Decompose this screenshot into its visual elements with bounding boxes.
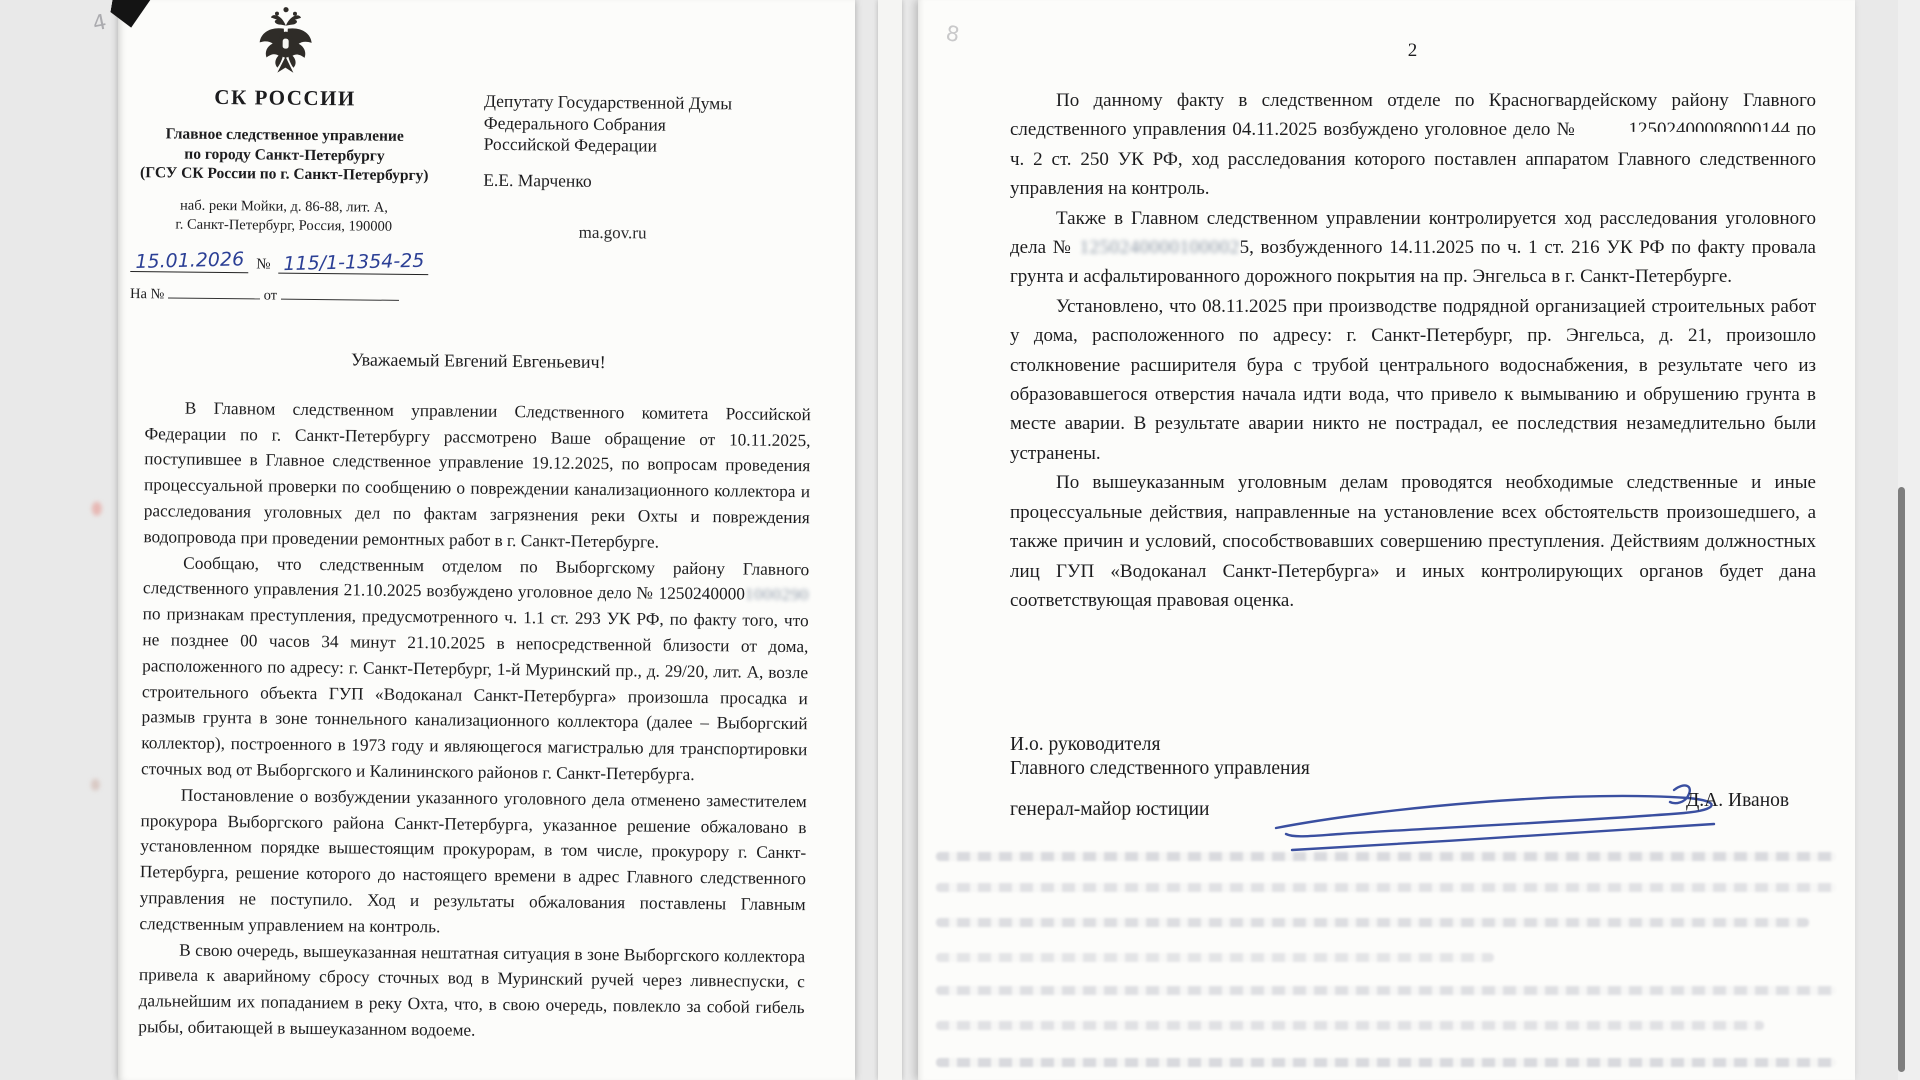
margin-pencil-mark: 4 (91, 10, 109, 36)
halfcut-case-number: 12502400008000144 (1583, 115, 1791, 144)
org-address-block: наб. реки Мойки, д. 86-88, лит. А, г. Са… (117, 195, 451, 236)
letter-body-page-1: Уважаемый Евгений Евгеньевич! В Главном … (138, 345, 811, 1047)
page-1-content: 4 СК Р (108, 0, 856, 1080)
bleed-through-line (936, 852, 1836, 861)
recipient-line: Депутату Государственной Думы (484, 91, 732, 115)
bleed-through-text (936, 852, 1836, 1067)
handwritten-outgoing-number: 115/1-1354-25 (283, 249, 424, 274)
signoff-name: Д.А. Иванов (1686, 790, 1789, 812)
screenshot-root: { "left_page": { "margin_mark": "4", "or… (0, 0, 1920, 1080)
bleed-through-line (936, 918, 1809, 927)
page-number: 2 (1010, 40, 1815, 62)
coat-of-arms-double-headed-eagle-icon (256, 4, 315, 82)
bleed-through-line (936, 883, 1836, 892)
case-number-visible-digit: 5 (1240, 237, 1250, 258)
number-sign: № (256, 256, 270, 273)
outgoing-number-row: 15.01.2026 № 115/1-1354-25 (116, 248, 450, 274)
date-field: 15.01.2026 (130, 249, 248, 273)
blank-reference-date (281, 285, 399, 300)
signoff-position-line: И.о. руководителя (1010, 733, 1310, 757)
bleed-through-line (936, 986, 1836, 995)
margin-pencil-mark: 8 (944, 21, 961, 47)
paragraph-4: В свою очередь, вышеуказанная нештатная … (138, 937, 805, 1047)
address-line: г. Санкт-Петербург, Россия, 190000 (117, 214, 451, 236)
paragraph-1: В Главном следственном управлении Следст… (143, 395, 811, 557)
blank-reference-number (168, 284, 260, 299)
bleed-through-line (936, 1058, 1836, 1067)
paragraph-4-text: В свою очередь, вышеуказанная нештатная … (138, 940, 805, 1039)
org-line: Главное следственное управление (118, 124, 452, 147)
salutation: Уважаемый Евгений Евгеньевич! (145, 345, 811, 378)
scanned-letter-page-1: 4 СК Р (118, 0, 855, 1080)
org-name-block: Главное следственное управление по город… (117, 124, 452, 186)
ot-label: от (264, 287, 278, 303)
signoff-rank: генерал-майор юстиции (1010, 798, 1310, 822)
org-line: (ГСУ СК России по г. Санкт-Петербургу) (117, 163, 451, 186)
letterhead: СК РОССИИ Главное следственное управлени… (116, 3, 453, 306)
recipient-line: Федерального Собрания (484, 112, 732, 136)
bleed-through-line (936, 1021, 1764, 1030)
page-stack-edge (878, 0, 902, 1080)
reference-row: На № от (116, 283, 450, 305)
paragraph-2-text-cont: по признакам преступления, предусмотренн… (141, 604, 809, 784)
signature-block: И.о. руководителя Главного следственного… (1010, 733, 1310, 822)
recipient-line: Российской Федерации (484, 134, 732, 158)
handwritten-date: 15.01.2026 (135, 248, 244, 273)
paragraph-7-text: Установлено, что 08.11.2025 при производ… (1010, 296, 1816, 464)
vertical-scrollbar-thumb[interactable] (1898, 487, 1905, 1072)
paragraph-1-text: В Главном следственном управлении Следст… (143, 398, 811, 551)
paragraph-8: По вышеуказанным уголовным делам проводя… (1010, 468, 1816, 615)
paragraph-2: Сообщаю, что следственным отделом по Выб… (141, 550, 809, 789)
paragraph-6: Также в Главном следственном управлении … (1010, 204, 1816, 292)
bleed-through-line (936, 953, 1494, 962)
paragraph-3: Постановление о возбуждении указанного у… (139, 782, 807, 944)
paragraph-2-text: Сообщаю, что следственным отделом по Выб… (143, 553, 809, 604)
recipient-name: Е.Е. Марченко (483, 169, 731, 193)
scanned-letter-page-2: 8 2 По данному факту в следственном отде… (918, 0, 1855, 1080)
outgoing-number-field: 115/1-1354-25 (279, 250, 429, 275)
paragraph-8-text: По вышеуказанным уголовным делам проводя… (1010, 472, 1816, 611)
org-title: СК РОССИИ (118, 84, 452, 112)
paragraph-3-text: Постановление о возбуждении указанного у… (139, 785, 807, 936)
paragraph-5: По данному факту в следственном отделе п… (1010, 86, 1816, 204)
paragraph-7: Установлено, что 08.11.2025 при производ… (1010, 292, 1816, 468)
scan-smudge (92, 502, 102, 516)
scan-smudge (91, 779, 100, 791)
signoff-position-line: Главного следственного управления (1010, 757, 1310, 781)
na-label: На № (130, 286, 165, 302)
letter-body-page-2: По данному факту в следственном отделе п… (1010, 86, 1816, 615)
recipient-block: Депутату Государственной Думы Федерально… (483, 91, 733, 245)
redacted-case-number-2: 1250240000100002 (1080, 237, 1240, 258)
paragraph-5-text: По данному факту в следственном отделе п… (1010, 90, 1816, 140)
recipient-email-fragment: ma.gov.ru (579, 222, 731, 245)
redacted-case-number: 1000290 (745, 585, 809, 605)
